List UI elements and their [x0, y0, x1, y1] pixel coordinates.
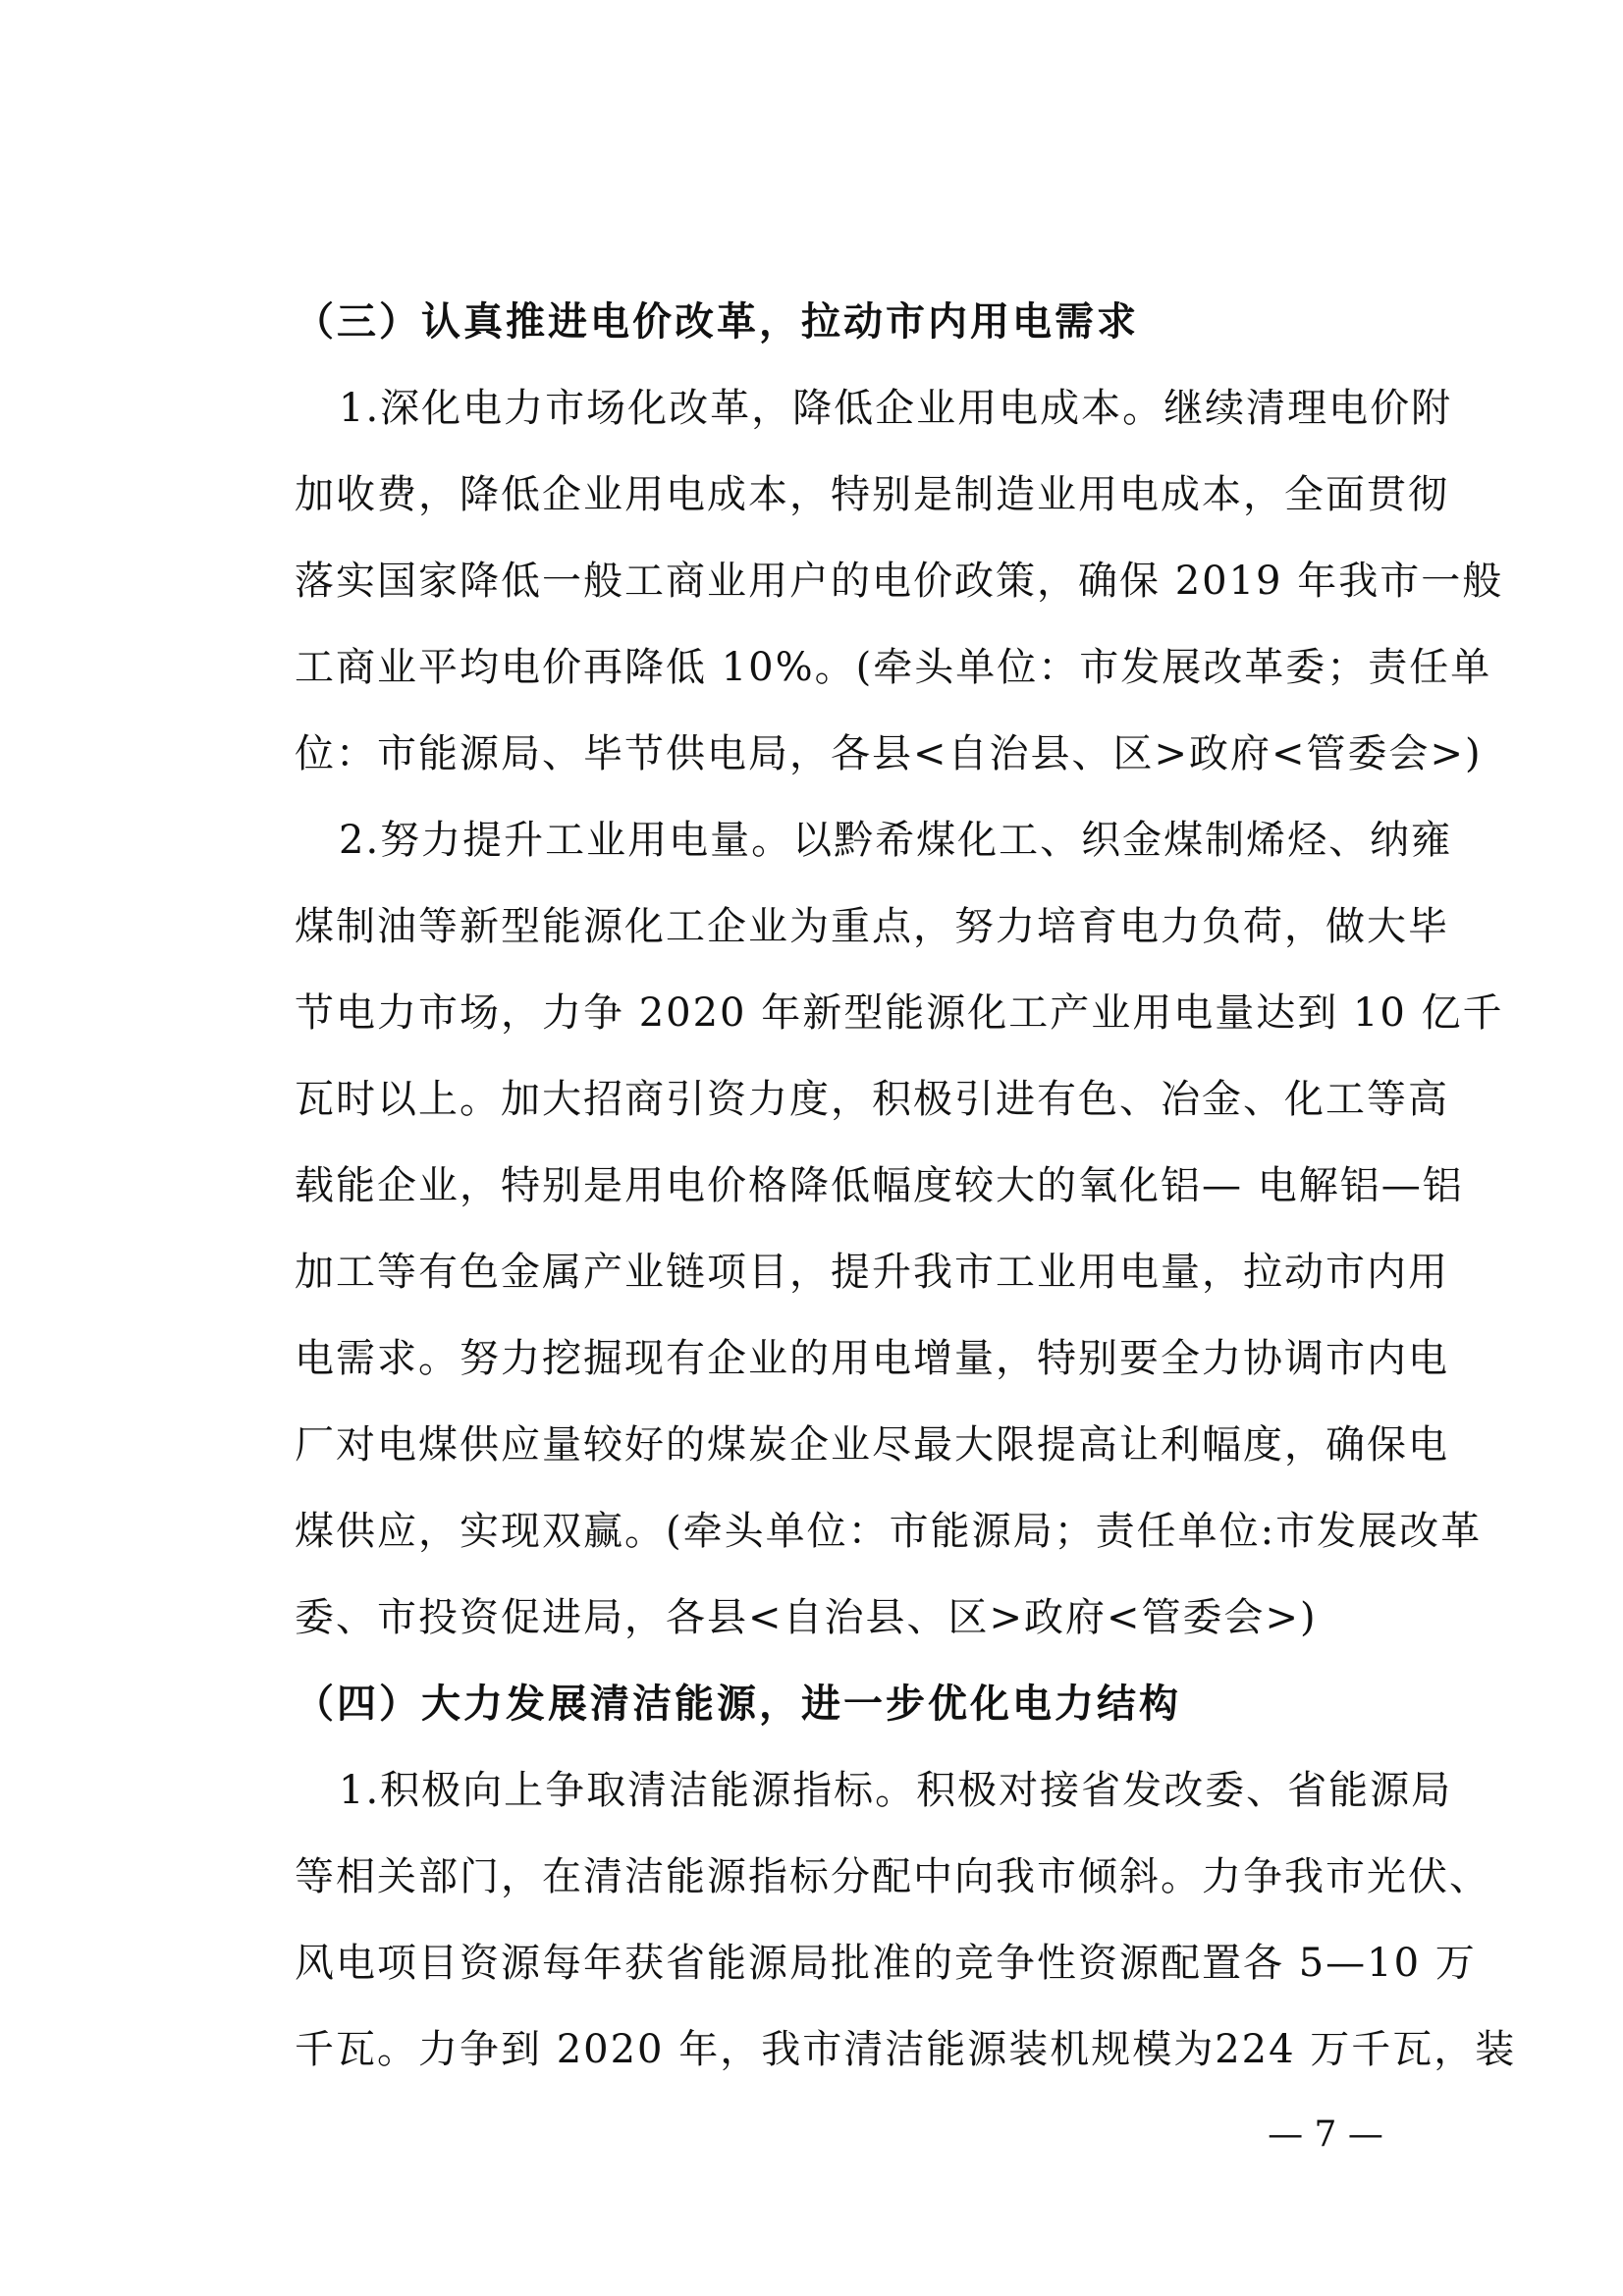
paragraph-line: 加工等有色金属产业链项目，提升我市工业用电量，拉动市内用	[295, 1241, 1424, 1304]
paragraph-line: 风电项目资源每年获省能源局批准的竞争性资源配置各 5—10 万	[295, 1932, 1424, 1995]
paragraph-line: 等相关部门，在清洁能源指标分配中向我市倾斜。力争我市光伏、	[295, 1845, 1424, 1908]
section-heading-3: （三）认真推进电价改革，拉动市内用电需求	[295, 291, 1424, 353]
paragraph-line: 1.积极向上争取清洁能源指标。积极对接省发改委、省能源局	[339, 1759, 1424, 1822]
paragraph-line: 工商业平均电价再降低 10%。(牵头单位：市发展改革委；责任单	[295, 636, 1424, 699]
paragraph-line: 瓦时以上。加大招商引资力度，积极引进有色、冶金、化工等高	[295, 1068, 1424, 1131]
paragraph-line: 加收费，降低企业用电成本，特别是制造业用电成本，全面贯彻	[295, 463, 1424, 526]
paragraph-line: 电需求。努力挖掘现有企业的用电增量，特别要全力协调市内电	[295, 1327, 1424, 1390]
paragraph-line: 煤供应，实现双赢。(牵头单位：市能源局；责任单位:市发展改革	[295, 1500, 1424, 1563]
paragraph-line: 煤制油等新型能源化工企业为重点，努力培育电力负荷，做大毕	[295, 895, 1424, 958]
page-number: — 7 —	[1247, 2110, 1404, 2160]
paragraph-line: 厂对电煤供应量较好的煤炭企业尽最大限提高让利幅度，确保电	[295, 1414, 1424, 1476]
paragraph-line: 节电力市场，力争 2020 年新型能源化工产业用电量达到 10 亿千	[295, 982, 1424, 1044]
document-page: （三）认真推进电价改革，拉动市内用电需求 1.深化电力市场化改革，降低企业用电成…	[0, 0, 1623, 2296]
paragraph-line: 千瓦。力争到 2020 年，我市清洁能源装机规模为224 万千瓦，装	[295, 2018, 1424, 2081]
paragraph-line: 委、市投资促进局，各县<自治县、区>政府<管委会>)	[295, 1586, 1424, 1649]
paragraph-line: 1.深化电力市场化改革，降低企业用电成本。继续清理电价附	[339, 377, 1424, 440]
paragraph-line: 落实国家降低一般工商业用户的电价政策，确保 2019 年我市一般	[295, 550, 1424, 613]
paragraph-line: 位：市能源局、毕节供电局，各县<自治县、区>政府<管委会>)	[295, 722, 1424, 785]
paragraph-line: 2.努力提升工业用电量。以黔希煤化工、织金煤制烯烃、纳雍	[339, 809, 1424, 872]
paragraph-line: 载能企业，特别是用电价格降低幅度较大的氧化铝— 电解铝—铝	[295, 1154, 1424, 1217]
section-heading-4: （四）大力发展清洁能源，进一步优化电力结构	[295, 1673, 1424, 1735]
